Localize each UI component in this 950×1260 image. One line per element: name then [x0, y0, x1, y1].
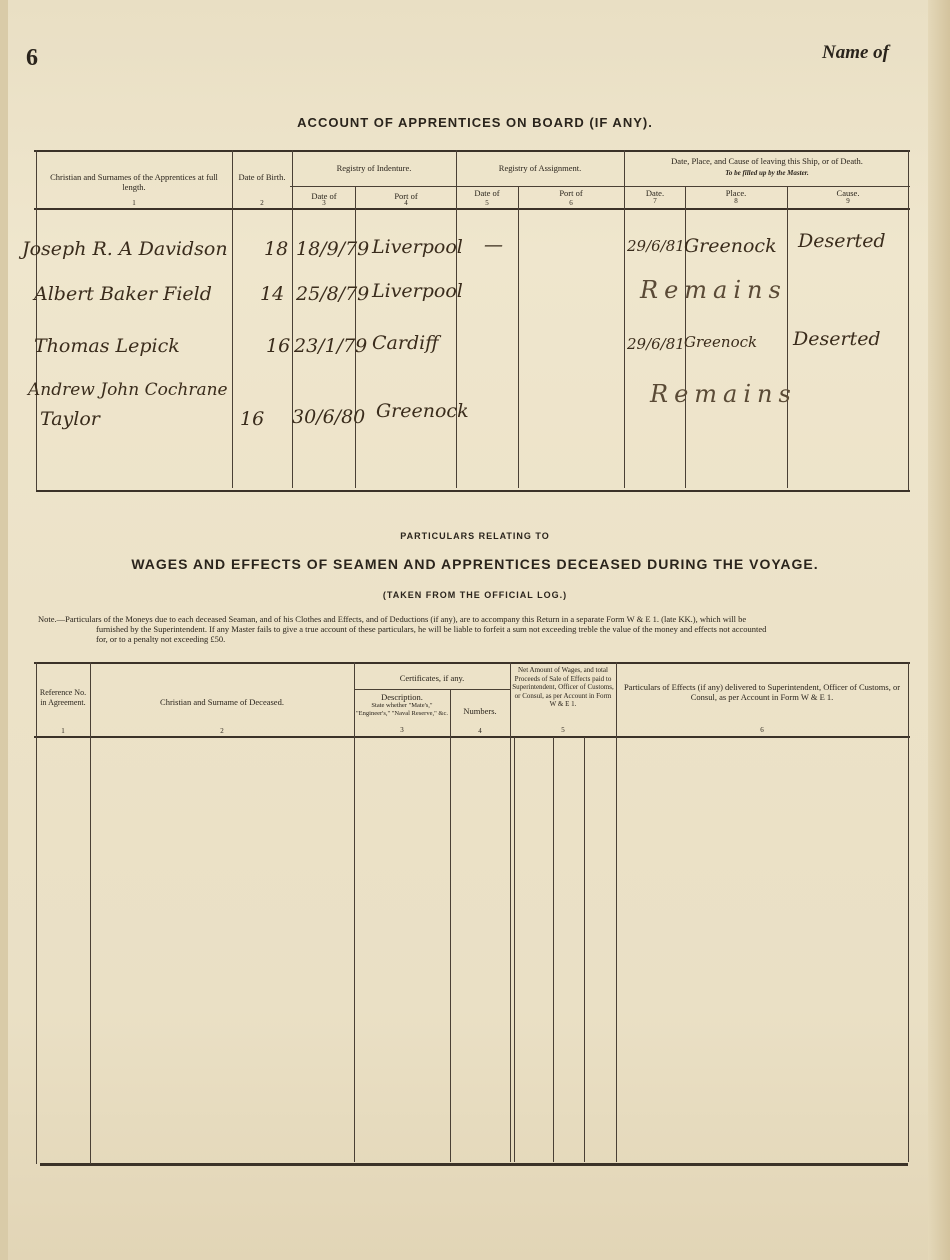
assignment-blank: — [484, 234, 503, 256]
col-certificates: Certificates, if any. [356, 673, 508, 683]
apprentice-name: Albert Baker Field [34, 283, 212, 305]
col-cert-numbers: Numbers. [452, 706, 508, 716]
col-cert-description: Description. [356, 692, 448, 702]
col-registry-assignment: Registry of Assignment. [458, 163, 622, 173]
apprentice-age: 16 [240, 408, 264, 430]
col-registry-indenture: Registry of Indenture. [294, 163, 454, 173]
col-effects-particulars: Particulars of Effects (if any) delivere… [618, 682, 906, 702]
indenture-date: 25/8/79 [296, 283, 369, 305]
col-number: 4 [452, 727, 508, 735]
leaving-cause: Deserted [798, 230, 886, 252]
particulars-pretitle: PARTICULARS RELATING TO [0, 531, 950, 541]
running-header: Name of [822, 42, 889, 64]
col-number: 6 [520, 199, 622, 207]
apprentice-age: 14 [260, 283, 284, 305]
col-number: 3 [356, 726, 448, 734]
col-leaving-ship: Date, Place, and Cause of leaving this S… [626, 156, 908, 166]
page-edge-left [0, 0, 8, 1260]
remains-note: Remains [640, 276, 787, 304]
indenture-date: 23/1/79 [294, 335, 367, 357]
remains-note: Remains [650, 380, 797, 408]
col-number: 7 [626, 197, 684, 205]
col-assignment-port: Port of [520, 188, 622, 198]
indenture-port: Cardiff [372, 332, 439, 354]
col-number: 3 [294, 199, 354, 207]
indenture-port: Greenock [376, 400, 469, 422]
leaving-cause: Deserted [793, 328, 881, 350]
deceased-title: WAGES AND EFFECTS OF SEAMEN AND APPRENTI… [0, 556, 950, 572]
col-net-amount: Net Amount of Wages, and total Proceeds … [512, 666, 614, 709]
leaving-place: Greenock [684, 235, 777, 257]
col-number: 8 [687, 197, 785, 205]
indenture-port: Liverpool [372, 236, 463, 258]
note-line: furnished by the Superintendent. If any … [38, 624, 938, 634]
col-number: 9 [789, 197, 907, 205]
page-number: 6 [26, 45, 38, 72]
col-leaving-note: To be filled up by the Master. [626, 168, 908, 178]
col-number: 5 [458, 199, 516, 207]
apprentice-name: Joseph R. A Davidson [22, 238, 228, 260]
indenture-date: 18/9/79 [296, 238, 369, 260]
col-apprentice-name: Christian and Surnames of the Apprentice… [38, 172, 230, 192]
apprentice-name-line2: Taylor [40, 408, 100, 430]
apprentice-age: 16 [266, 335, 290, 357]
note-paragraph: Note.—Particulars of the Moneys due to e… [38, 614, 938, 644]
apprentices-title: ACCOUNT OF APPRENTICES ON BOARD (IF ANY)… [0, 115, 950, 130]
col-deceased-name: Christian and Surname of Deceased. [92, 697, 352, 707]
apprentice-age: 18 [264, 238, 288, 260]
note-line: Note.—Particulars of the Moneys due to e… [38, 614, 746, 624]
col-number: 2 [92, 727, 352, 735]
leaving-place: Greenock [684, 333, 757, 351]
col-number: 4 [357, 199, 455, 207]
col-assignment-date: Date of [458, 188, 516, 198]
col-number: 5 [512, 726, 614, 734]
leaving-date: 29/6/81 [627, 237, 685, 255]
apprentice-name-line1: Andrew John Cochrane [28, 380, 228, 400]
leaving-date: 29/6/81 [627, 335, 685, 353]
deceased-subtitle: (TAKEN FROM THE OFFICIAL LOG.) [0, 590, 950, 600]
col-number: 2 [234, 199, 290, 207]
note-line: for, or to a penalty not exceeding £50. [38, 634, 938, 644]
col-number: 6 [618, 726, 906, 734]
col-date-of-birth: Date of Birth. [234, 172, 290, 182]
col-cert-description-note: State whether "Mate's," "Engineer's," "N… [356, 702, 448, 718]
apprentice-name: Thomas Lepick [34, 335, 180, 357]
col-number: 1 [38, 199, 230, 207]
indenture-port: Liverpool [372, 280, 463, 302]
indenture-date: 30/6/80 [292, 406, 365, 428]
col-reference-no: Reference No. in Agreement. [38, 688, 88, 708]
col-number: 1 [38, 727, 88, 735]
